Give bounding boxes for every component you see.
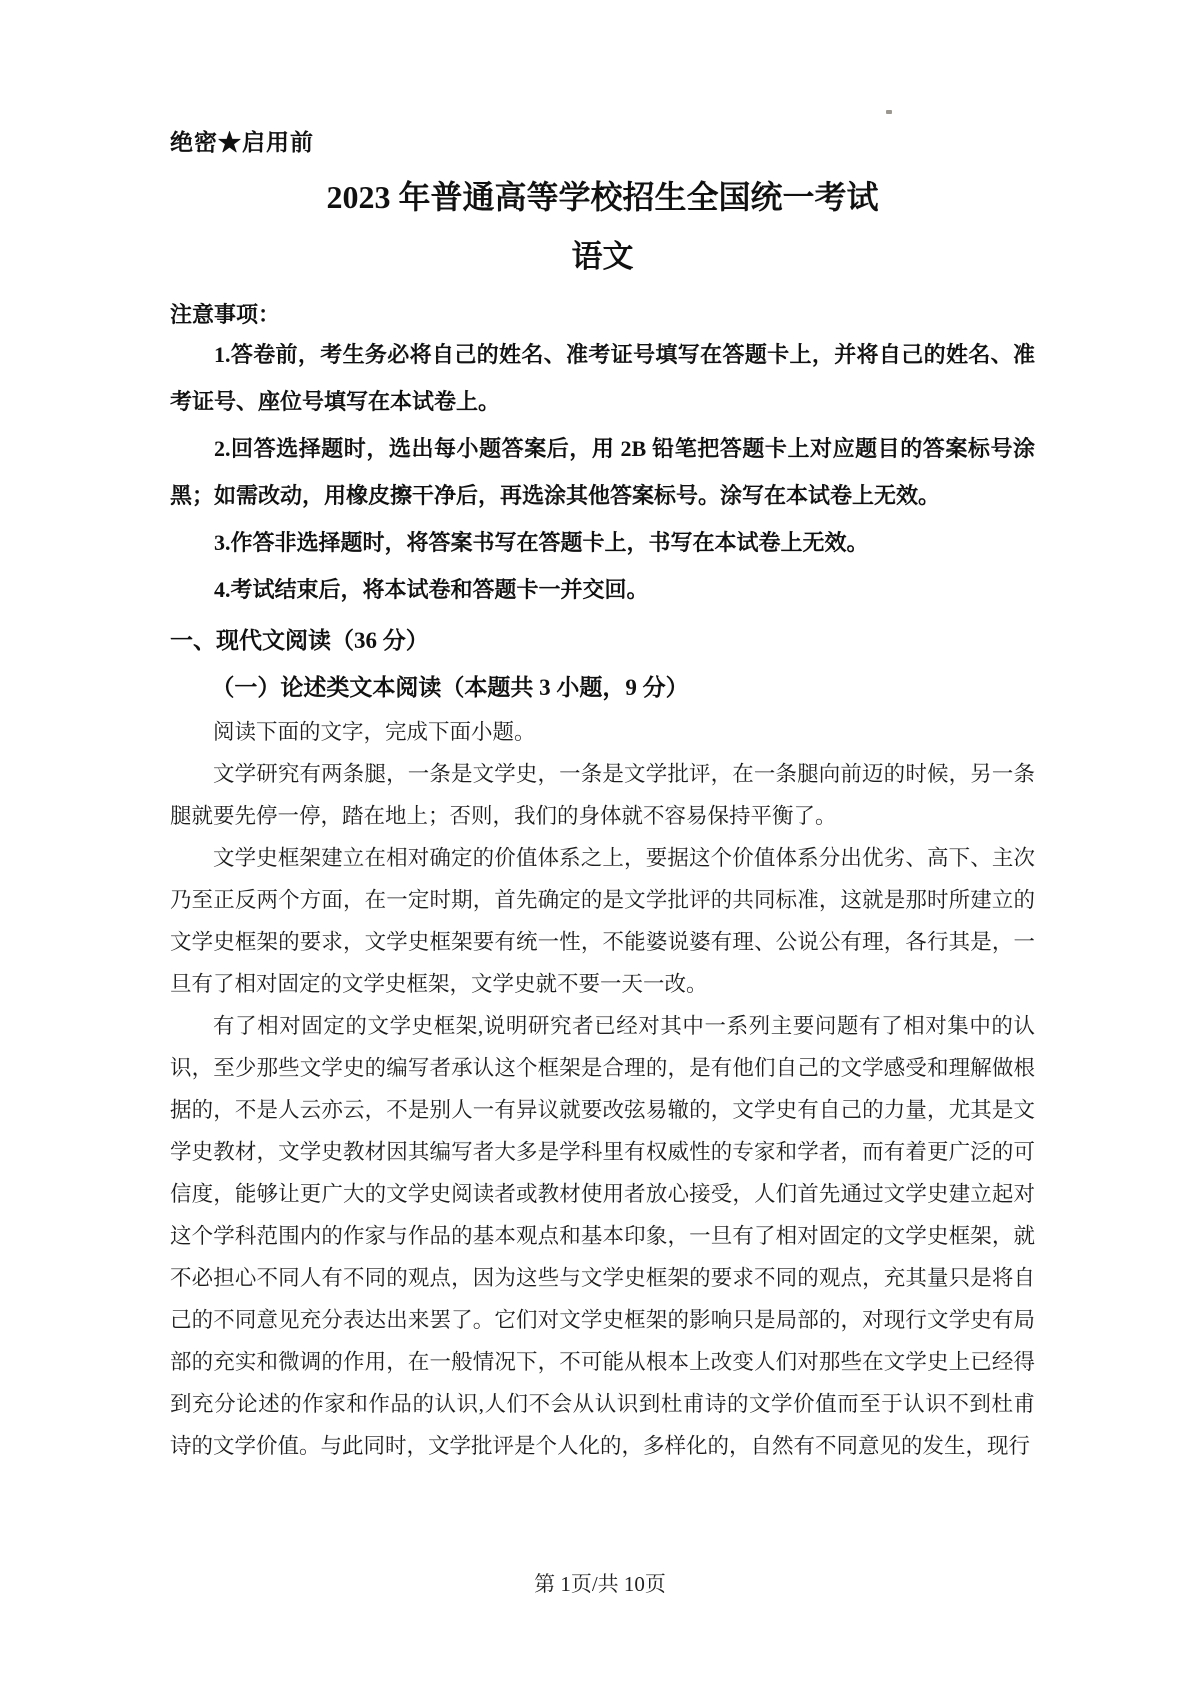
notice-item-3: 3.作答非选择题时，将答案书写在答题卡上，书写在本试卷上无效。 xyxy=(170,519,1035,566)
notice-heading: 注意事项： xyxy=(170,299,1035,331)
security-classification: 绝密★启用前 xyxy=(170,128,1035,158)
passage-paragraph-1: 文学研究有两条腿，一条是文学史，一条是文学批评，在一条腿向前迈的时候，另一条腿就… xyxy=(170,753,1035,837)
passage-paragraph-2: 文学史框架建立在相对确定的价值体系之上，要据这个价值体系分出优劣、高下、主次乃至… xyxy=(170,837,1035,1005)
notice-item-4: 4.考试结束后，将本试卷和答题卡一并交回。 xyxy=(170,566,1035,613)
page-footer: 第 1页/共 10页 xyxy=(0,1568,1200,1598)
notice-item-1: 1.答卷前，考生务必将自己的姓名、准考证号填写在答题卡上，并将自己的姓名、准考证… xyxy=(170,331,1035,425)
exam-title: 2023 年普通高等学校招生全国统一考试 xyxy=(170,174,1035,220)
section-heading-modern-reading: 一、现代文阅读（36 分） xyxy=(170,617,1035,664)
subsection-heading-argumentative-reading: （一）论述类文本阅读（本题共 3 小题，9 分） xyxy=(170,664,1035,711)
passage-instruction: 阅读下面的文字，完成下面小题。 xyxy=(170,711,1035,753)
exam-paper-page: 绝密★启用前 2023 年普通高等学校招生全国统一考试 语文 注意事项： 1.答… xyxy=(0,0,1200,1698)
subject-title: 语文 xyxy=(170,234,1035,279)
smudge-artifact xyxy=(886,110,892,114)
notice-item-2: 2.回答选择题时，选出每小题答案后，用 2B 铅笔把答题卡上对应题目的答案标号涂… xyxy=(170,425,1035,519)
passage-paragraph-3: 有了相对固定的文学史框架,说明研究者已经对其中一系列主要问题有了相对集中的认识，… xyxy=(170,1005,1035,1467)
